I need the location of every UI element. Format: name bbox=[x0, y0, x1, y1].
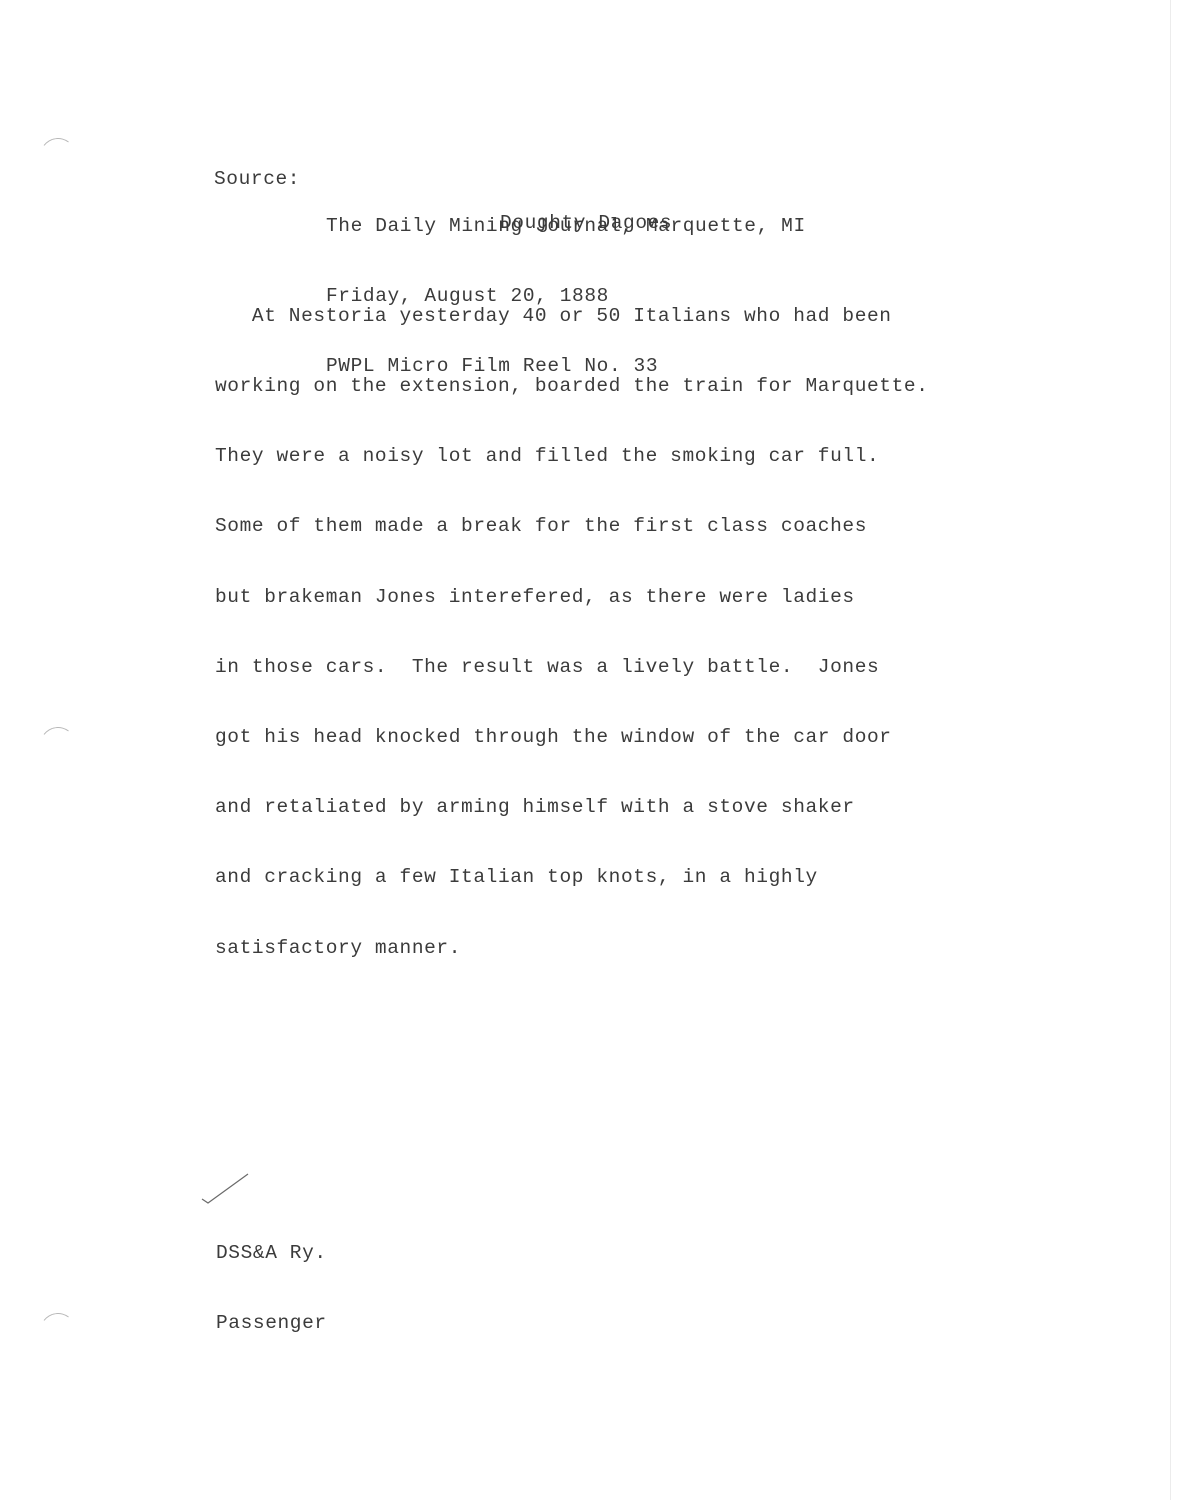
body-line: Some of them made a break for the first … bbox=[215, 515, 929, 538]
body-line: but brakeman Jones interefered, as there… bbox=[215, 586, 929, 609]
body-line: and cracking a few Italian top knots, in… bbox=[215, 866, 929, 889]
body-line: got his head knocked through the window … bbox=[215, 726, 929, 749]
scanned-page: Source: The Daily Mining Journal, Marque… bbox=[0, 0, 1193, 1500]
body-line: At Nestoria yesterday 40 or 50 Italians … bbox=[215, 305, 929, 328]
body-line: satisfactory manner. bbox=[215, 937, 929, 960]
hole-punch-mark-middle bbox=[38, 725, 79, 766]
filing-category: DSS&A Ry. Passenger bbox=[216, 1195, 327, 1382]
hole-punch-mark-bottom bbox=[38, 1311, 79, 1352]
article-headline: Doughty Dagoes bbox=[500, 212, 672, 235]
body-line: They were a noisy lot and filled the smo… bbox=[215, 445, 929, 468]
category-type: Passenger bbox=[216, 1312, 327, 1335]
article-body: At Nestoria yesterday 40 or 50 Italians … bbox=[215, 258, 929, 1007]
body-line: and retaliated by arming himself with a … bbox=[215, 796, 929, 819]
body-line: working on the extension, boarded the tr… bbox=[215, 375, 929, 398]
hole-punch-mark-top bbox=[38, 136, 79, 177]
page-edge-line bbox=[1170, 0, 1171, 1500]
category-railway: DSS&A Ry. bbox=[216, 1242, 327, 1265]
body-line: in those cars. The result was a lively b… bbox=[215, 656, 929, 679]
